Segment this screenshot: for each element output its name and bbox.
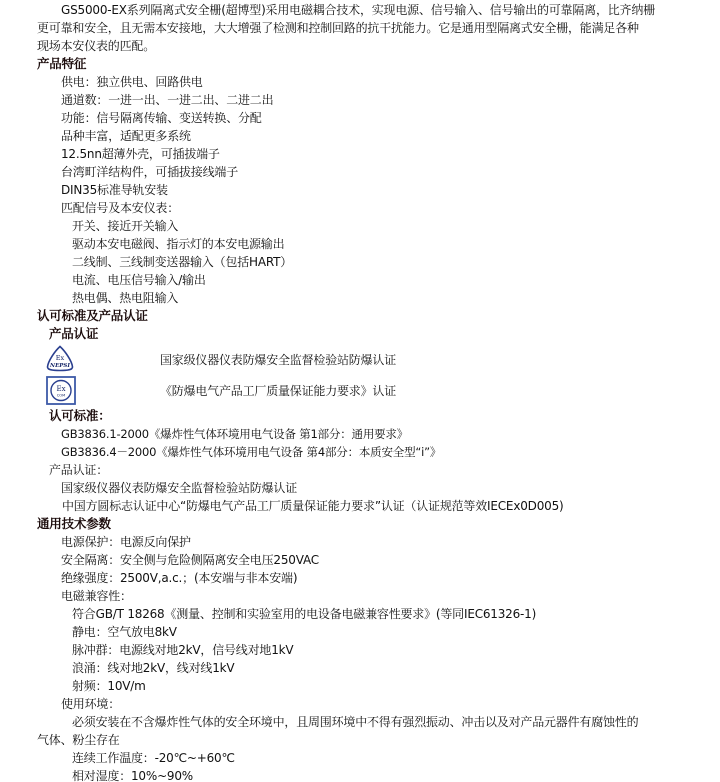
ex-com-logo-icon: Ex COM [46, 376, 76, 405]
feature-sub-item: 开关、接近开关输入 [72, 217, 178, 235]
param-item: 安全隔离：安全侧与危险侧隔离安全电压250VAC [61, 551, 319, 569]
feature-item: 品种丰富，适配更多系统 [61, 127, 191, 145]
logo-caption-nepsi: 国家级仪器仪表防爆安全监督检验站防爆认证 [160, 351, 396, 369]
feature-sub-item: 二线制、三线制变送器输入（包括HART） [72, 253, 292, 271]
ex-nepsi-logo-icon: Ex NEPSI [45, 345, 75, 372]
emc-item: 符合GB/T 18268《测量、控制和实验室用的电设备电磁兼容性要求》(等同IE… [72, 605, 536, 623]
standards-heading: 认可标准： [49, 407, 111, 425]
feature-item: 功能：信号隔离传输、变送转换、分配 [61, 109, 262, 127]
env-line-1: 必须安装在不含爆炸性气体的安全环境中，且周围环境中不得有强烈振动、冲击以及对产品… [72, 713, 638, 731]
features-heading: 产品特征 [37, 55, 86, 73]
svg-text:COM: COM [57, 394, 65, 398]
logo-caption-com: 《防爆电气产品工厂质量保证能力要求》认证 [160, 382, 396, 400]
intro-line-2: 更可靠和安全，且无需本安接地，大大增强了检测和控制回路的抗干扰能力。它是通用型隔… [37, 19, 639, 37]
emc-item: 射频：10V/m [72, 677, 146, 695]
relative-humidity: 相对湿度：10%~90% [72, 767, 193, 782]
params-heading: 通用技术参数 [37, 515, 111, 533]
emc-item: 脉冲群：电源线对地2kV，信号线对地1kV [72, 641, 293, 659]
feature-item: 12.5nn超薄外壳，可插拔端子 [61, 145, 220, 163]
product-cert-item: 中国方圆标志认证中心“防爆电气产品工厂质量保证能力要求”认证（认证规范等效IEC… [62, 497, 563, 515]
feature-item: 供电：独立供电、回路供电 [61, 73, 203, 91]
operating-temperature: 连续工作温度：-20℃~+60℃ [72, 749, 235, 767]
standard-item: GB3836.4－2000《爆炸性气体环境用电气设备 第4部分：本质安全型“i”… [61, 443, 441, 461]
feature-item: 匹配信号及本安仪表： [61, 199, 179, 217]
intro-line-3: 现场本安仪表的匹配。 [37, 37, 155, 55]
env-line-2: 气体、粉尘存在 [37, 731, 120, 749]
emc-item: 静电：空气放电8kV [72, 623, 177, 641]
param-item: 电源保护：电源反向保护 [61, 533, 191, 551]
feature-sub-item: 热电偶、热电阻输入 [72, 289, 178, 307]
feature-sub-item: 驱动本安电磁阀、指示灯的本安电源输出 [72, 235, 284, 253]
env-label: 使用环境： [61, 695, 120, 713]
intro-line-1: GS5000-EX系列隔离式安全栅(超博型)采用电磁耦合技术，实现电源、信号输入… [61, 1, 655, 19]
feature-item: 台湾町洋结构件，可插拔接线端子 [61, 163, 238, 181]
feature-sub-item: 电流、电压信号输入/输出 [72, 271, 206, 289]
svg-text:NEPSI: NEPSI [49, 363, 70, 369]
standard-item: GB3836.1-2000《爆炸性气体环境用电气设备 第1部分：通用要求》 [61, 425, 408, 443]
svg-text:Ex: Ex [56, 385, 65, 393]
param-item: 电磁兼容性： [61, 587, 132, 605]
certification-heading: 认可标准及产品认证 [37, 307, 148, 325]
certification-sub-heading: 产品认证 [49, 325, 98, 343]
feature-item: DIN35标准导轨安装 [61, 181, 168, 199]
param-item: 绝缘强度：2500V,a.c.；(本安端与非本安端) [61, 569, 297, 587]
product-cert-label: 产品认证： [49, 461, 108, 479]
feature-item: 通道数：一进一出、一进二出、二进二出 [61, 91, 273, 109]
emc-item: 浪涌：线对地2kV，线对线1kV [72, 659, 234, 677]
product-cert-item: 国家级仪器仪表防爆安全监督检验站防爆认证 [61, 479, 297, 497]
svg-text:Ex: Ex [56, 354, 65, 362]
